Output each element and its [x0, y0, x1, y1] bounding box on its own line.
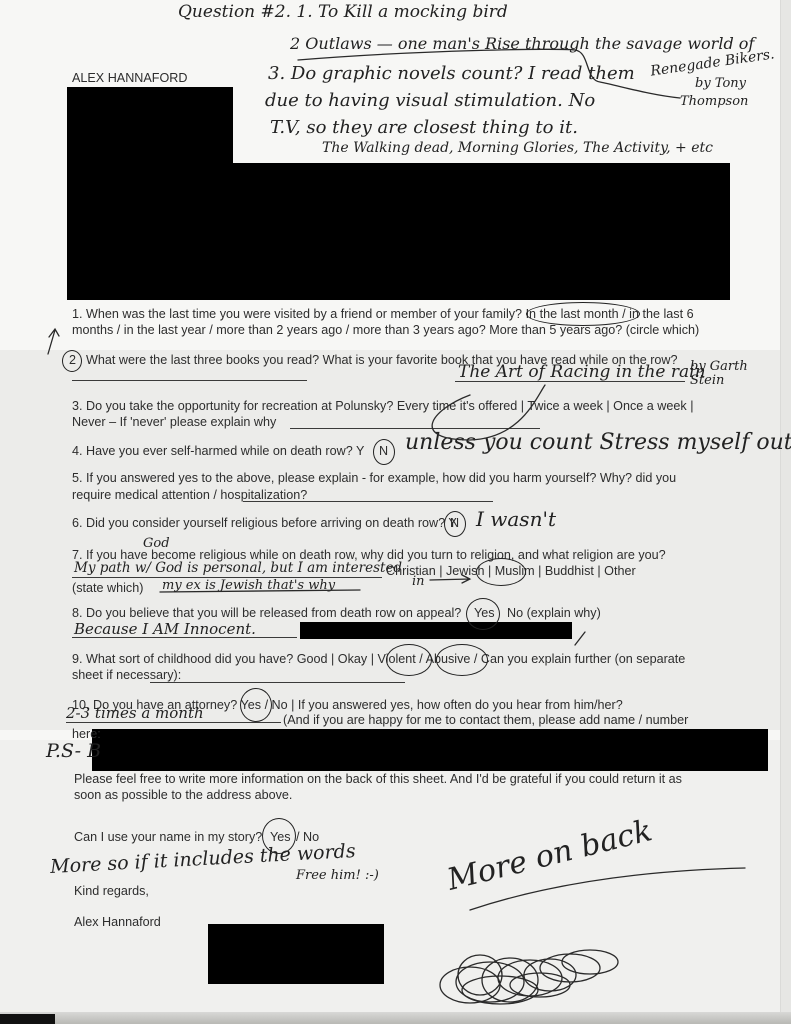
handwritten-q4-answer: unless you count Stress myself out!: [405, 430, 791, 455]
closing-text-2: soon as possible to the address above.: [74, 787, 292, 804]
author-header: ALEX HANNAFORD: [72, 70, 187, 87]
handwritten-q7-in: in: [412, 574, 425, 589]
page-bottom-shadow: [0, 1012, 791, 1024]
question-7-line3: (state which): [72, 580, 143, 597]
handwritten-book3-a: 3. Do graphic novels count? I read them: [268, 63, 635, 84]
handwritten-book2: 2 Outlaws — one man's Rise through the s…: [290, 34, 754, 53]
answer-circle: [476, 558, 526, 586]
signature-name: Alex Hannaford: [74, 914, 161, 931]
question-3-line1: 3. Do you take the opportunity for recre…: [72, 398, 693, 415]
handwritten-q7-god: God: [143, 536, 170, 551]
answer-circle: [436, 644, 488, 676]
answer-line: [66, 722, 281, 723]
sign-off: Kind regards,: [74, 883, 149, 900]
answer-line: [290, 428, 540, 429]
handwritten-book3-d: The Walking dead, Morning Glories, The A…: [322, 140, 713, 156]
answer-line: [150, 682, 405, 683]
question-9-line1: 9. What sort of childhood did you have? …: [72, 651, 685, 668]
question-8-rest: No (explain why): [507, 605, 601, 622]
handwritten-free-him: Free him! :-): [296, 868, 379, 883]
answer-circle: [466, 598, 500, 630]
answer-circle: [386, 644, 432, 676]
handwritten-favorite-author: by Garth Stein: [690, 360, 770, 388]
name-permission-question: Can I use your name in my story?: [74, 829, 262, 846]
answer-line: [243, 501, 493, 502]
answer-circle: [373, 439, 395, 465]
answer-circle: [444, 511, 466, 537]
answer-line: [72, 380, 307, 381]
redaction-box: [92, 729, 768, 771]
redaction-box: [67, 163, 730, 300]
question-4-line1: 4. Have you ever self-harmed while on de…: [72, 443, 364, 460]
handwritten-q2-header: Question #2. 1. To Kill a mocking bird: [178, 2, 508, 22]
question-5-line1: 5. If you answered yes to the above, ple…: [72, 470, 676, 487]
handwritten-q10-answer: 2-3 times a month: [66, 704, 204, 722]
handwritten-book3-b: due to having visual stimulation. No: [265, 90, 595, 111]
scanned-letter-page: ALEX HANNAFORD Question #2. 1. To Kill a…: [0, 0, 791, 1024]
answer-line: [455, 381, 685, 382]
question-10-line2: (And if you are happy for me to contact …: [283, 712, 688, 729]
handwritten-favorite-book: The Art of Racing in the rain: [458, 362, 706, 382]
handwritten-book2-author2: Thompson: [680, 94, 748, 109]
question-6-line1: 6. Did you consider yourself religious b…: [72, 515, 457, 532]
handwritten-book2-author1: by Tony: [695, 76, 746, 91]
question-2-number: 2: [69, 352, 76, 369]
handwritten-q7-answer-b: my ex is Jewish that's why: [162, 578, 335, 593]
closing-text-1: Please feel free to write more informati…: [74, 771, 682, 788]
handwritten-q8-answer: Because I AM Innocent.: [74, 620, 256, 638]
answer-line: [72, 637, 297, 638]
question-1-line2: months / in the last year / more than 2 …: [72, 322, 699, 339]
redaction-box: [300, 622, 572, 639]
page-edge: [780, 0, 791, 1024]
handwritten-ps: P.S- B: [46, 740, 101, 762]
question-3-line2: Never – If 'never' please explain why: [72, 414, 276, 431]
handwritten-q6-answer: I wasn't: [476, 507, 556, 531]
redaction-box: [208, 924, 384, 984]
handwritten-q7-answer-a: My path w/ God is personal, but I am int…: [74, 560, 402, 576]
answer-circle: [240, 688, 272, 722]
handwritten-book3-c: T.V, so they are closest thing to it.: [270, 117, 578, 138]
